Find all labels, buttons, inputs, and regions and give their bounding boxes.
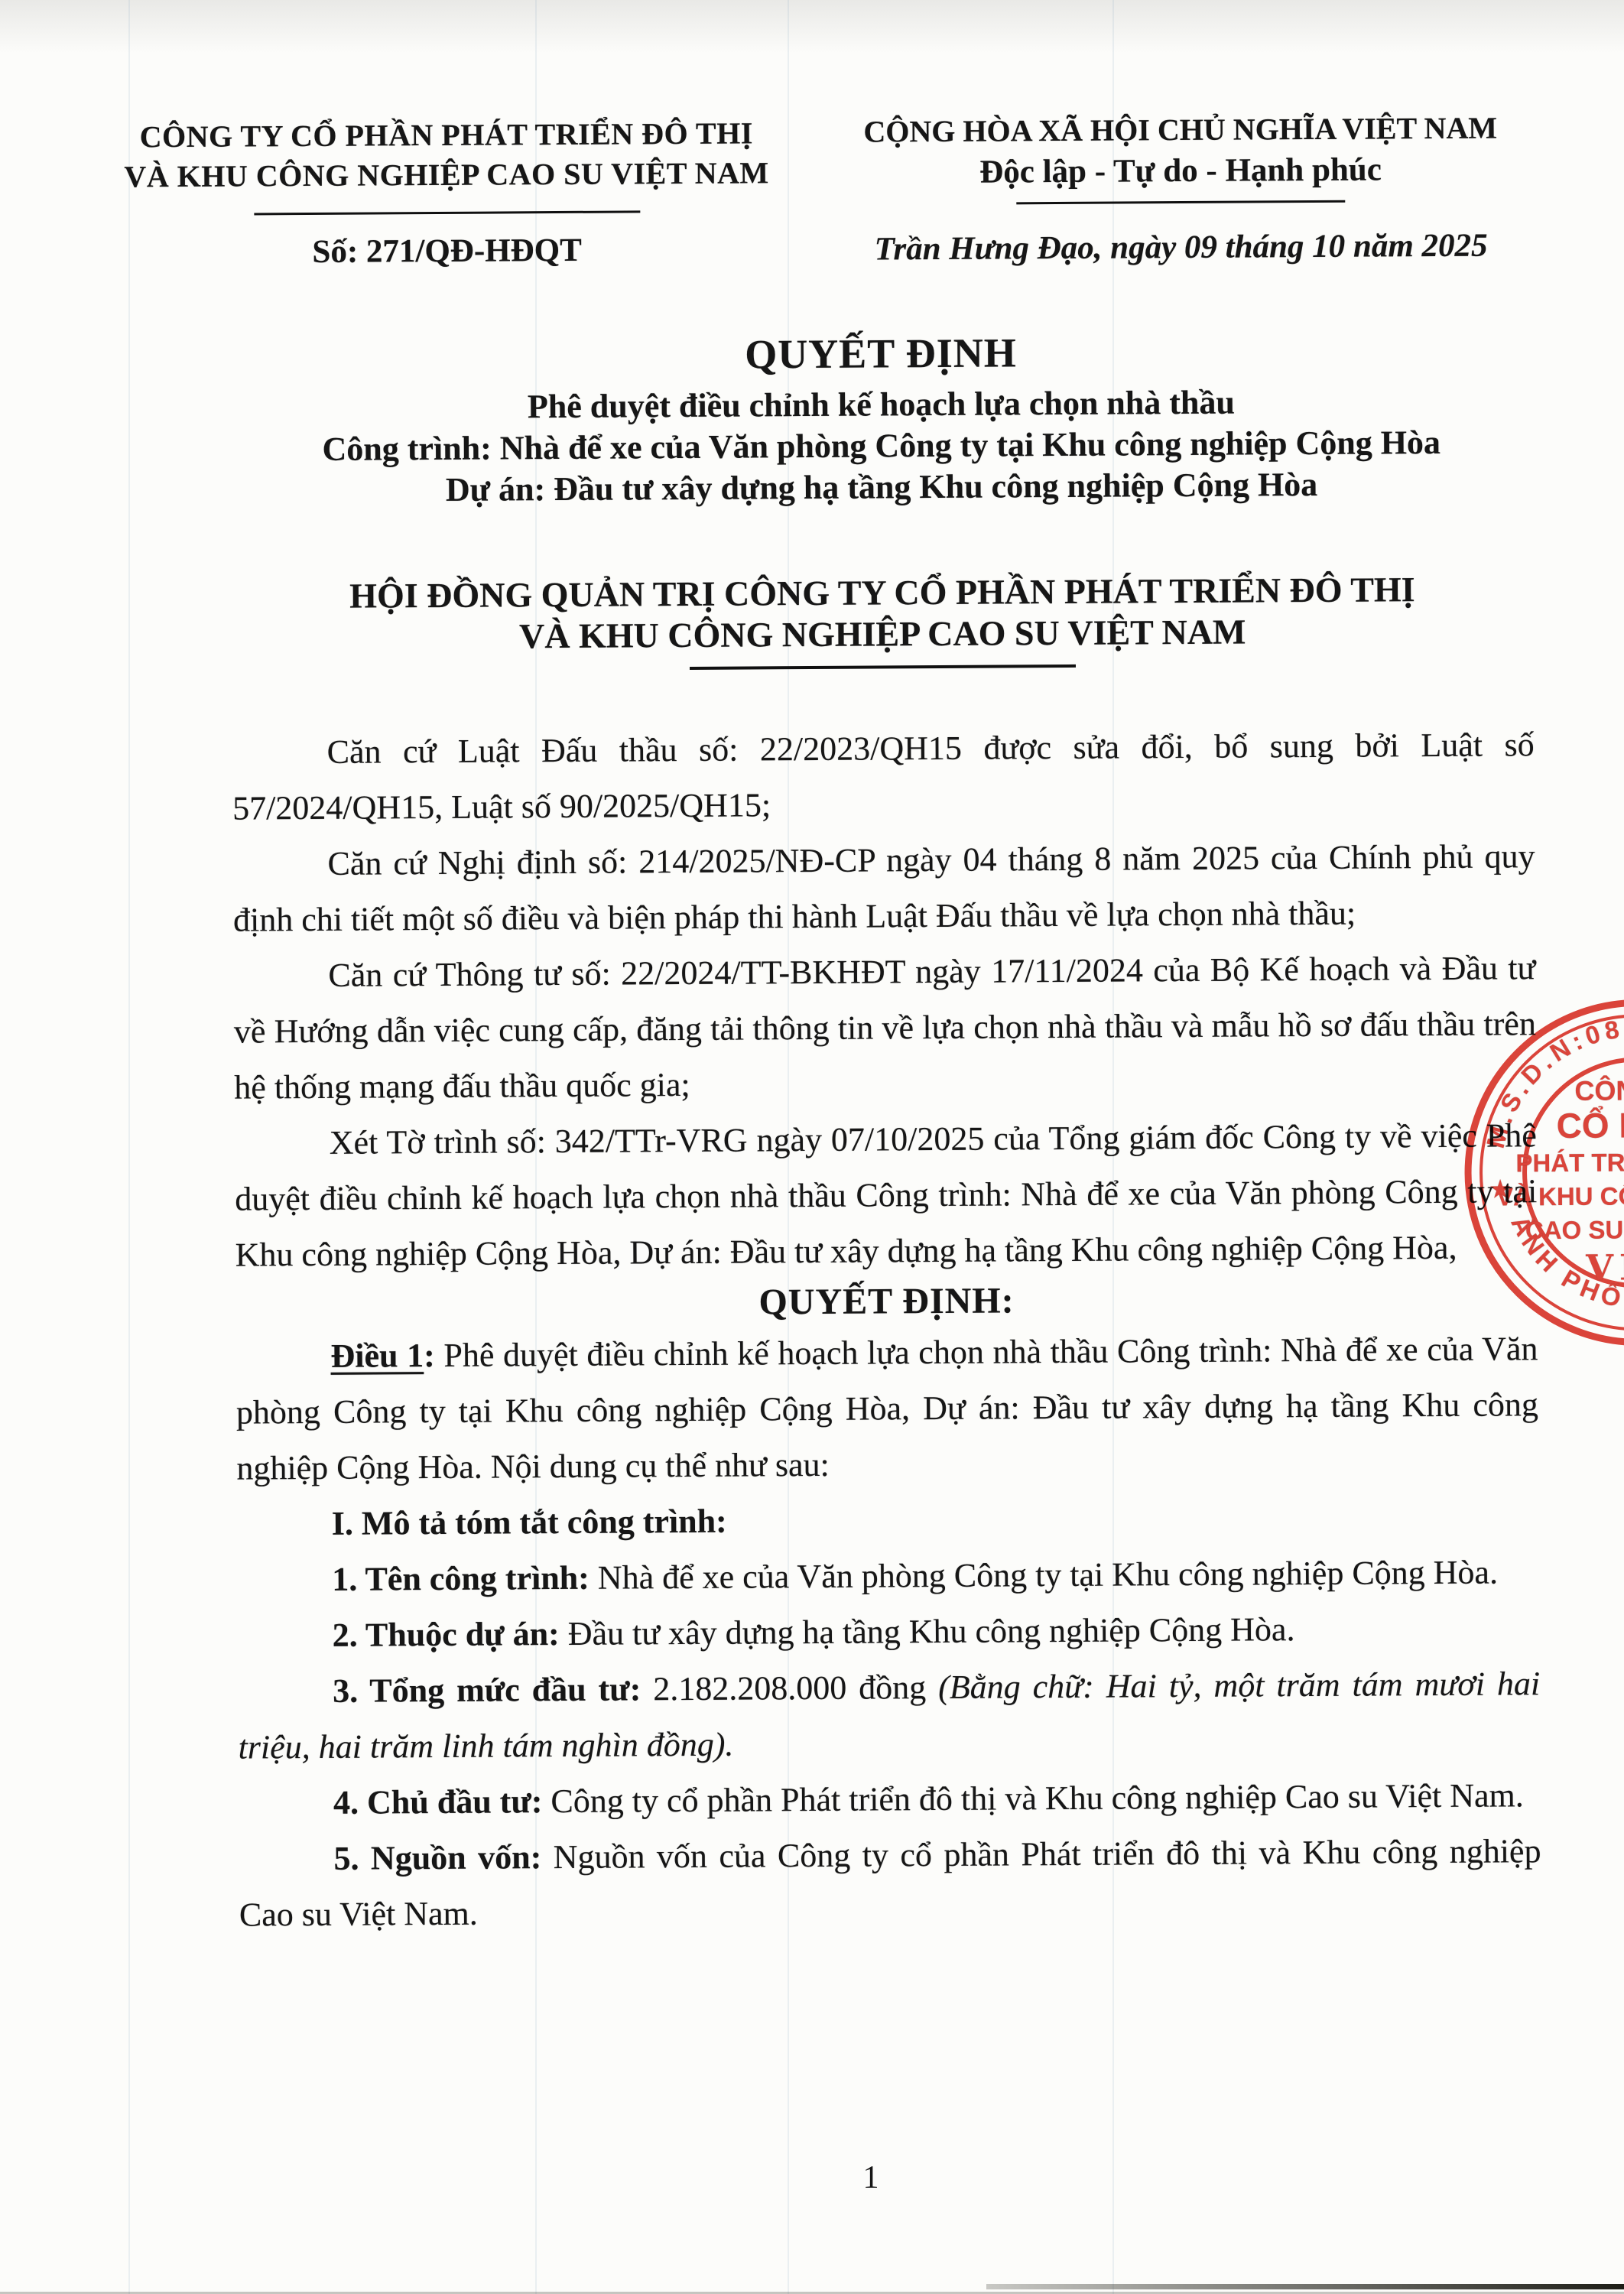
text-run: 3. Tổng mức đầu tư: [333,1670,641,1709]
text-run: Đầu tư xây dựng hạ tầng Khu công nghiệp … [560,1610,1295,1652]
title-subline-3: Dự án: Đầu tư xây dựng hạ tầng Khu công … [230,463,1532,512]
article-1: Điều 1: Phê duyệt điều chỉnh kế hoạch lự… [235,1321,1538,1496]
item-1: 1. Tên công trình: Nhà để xe của Văn phò… [237,1544,1539,1607]
document-number: Số: 271/QĐ-HĐQT [111,230,784,272]
citation-circular: Căn cứ Thông tư số: 22/2024/TT-BKHĐT ngà… [233,940,1536,1115]
document-content: CÔNG TY CỔ PHẦN PHÁT TRIỂN ĐÔ THỊ VÀ KHU… [0,0,1624,2294]
item-4: 4. Chủ đầu tư: Công ty cổ phần Phát triể… [239,1767,1541,1831]
document-body: Căn cứ Luật Đấu thầu số: 22/2023/QH15 đư… [0,716,1624,1945]
text-run: Công ty cổ phần Phát triển đô thị và Khu… [542,1776,1524,1820]
text-run: Nhà để xe của Văn phòng Công ty tại Khu … [590,1554,1498,1597]
text-run: 2. Thuộc dự án: [333,1615,560,1654]
citation-law: Căn cứ Luật Đấu thầu số: 22/2023/QH15 đư… [232,716,1535,836]
item-5: 5. Nguồn vốn: Nguồn vốn của Công ty cổ p… [239,1823,1541,1942]
item-3: 3. Tổng mức đầu tư: 2.182.208.000 đồng (… [238,1656,1541,1775]
text-run: 4. Chủ đầu tư: [333,1782,543,1821]
text-run: I. Mô tả tóm tắt công trình: [332,1503,727,1542]
motto-underline [1016,200,1345,205]
seal-text-line: VRG [1585,1246,1624,1288]
scan-edge-line [986,2284,1624,2289]
document-header: CÔNG TY CỔ PHẦN PHÁT TRIỂN ĐÔ THỊ VÀ KHU… [0,0,1620,275]
seal-text-line: CÔNG TY [1574,1074,1624,1106]
title-subline-2: Công trình: Nhà để xe của Văn phòng Công… [230,421,1532,470]
scanned-document-page: CÔNG TY CỔ PHẦN PHÁT TRIỂN ĐÔ THỊ VÀ KHU… [0,0,1624,2294]
issuing-org-block: CÔNG TY CỔ PHẦN PHÁT TRIỂN ĐÔ THỊ VÀ KHU… [110,113,784,274]
text-run: : [424,1337,444,1374]
national-title: CỘNG HÒA XÃ HỘI CHỦ NGHĨA VIỆT NAM [821,109,1540,151]
text-run: 2.182.208.000 đồng [641,1669,938,1708]
seal-text-line: PHÁT TRIỂN ĐÔ THỊ [1515,1146,1624,1177]
text-run: Căn cứ Nghị định số: 214/2025/NĐ-CP ngày… [233,837,1535,938]
section-1-heading: I. Mô tả tóm tắt công trình: [237,1488,1539,1552]
text-run: QUYẾT ĐỊNH: [758,1280,1014,1322]
seal-star-icon: ★ [1489,1174,1512,1204]
citation-proposal: Xét Tờ trình số: 342/TTr-VRG ngày 07/10/… [235,1107,1538,1282]
authority-line2: VÀ KHU CÔNG NGHIỆP CAO SU VIỆT NAM [232,609,1534,658]
org-underline [254,210,640,215]
national-motto: Độc lập - Tự do - Hạnh phúc [821,148,1540,194]
item-2: 2. Thuộc dự án: Đầu tư xây dựng hạ tầng … [237,1600,1539,1663]
national-motto-block: CỘNG HÒA XÃ HỘI CHỦ NGHĨA VIỆT NAM Độc l… [821,109,1541,270]
citation-decree: Căn cứ Nghị định số: 214/2025/NĐ-CP ngày… [232,828,1535,947]
authority-underline [690,664,1076,670]
authority-heading: HỘI ĐỒNG QUẢN TRỊ CÔNG TY CỔ PHẦN PHÁT T… [231,568,1534,658]
red-company-seal: M.S.D.N:080030THÀNH PHỐ HỒ CHÍ MINHCÔNG … [1457,992,1624,1353]
page-number: 1 [833,2159,909,2196]
org-name-line1: CÔNG TY CỔ PHẦN PHÁT TRIỂN ĐÔ THỊ [110,113,783,157]
document-title: QUYẾT ĐỊNH [229,327,1531,380]
text-run: 1. Tên công trình: [332,1559,590,1598]
text-run: Căn cứ Luật Đấu thầu số: 22/2023/QH15 đư… [232,726,1535,827]
seal-text-line: VÀ KHU CÔNG NGHIỆP [1496,1180,1624,1210]
org-name-line2: VÀ KHU CÔNG NGHIỆP CAO SU VIỆT NAM [110,153,783,197]
decision-heading: QUYẾT ĐỊNH: [235,1275,1538,1328]
seal-text-line: CAO SU VIỆT NAM [1525,1215,1624,1245]
text-run: Xét Tờ trình số: 342/TTr-VRG ngày 07/10/… [235,1116,1537,1273]
authority-line1: HỘI ĐỒNG QUẢN TRỊ CÔNG TY CỔ PHẦN PHÁT T… [231,568,1533,617]
seal-text-line: CỔ PHẦN [1556,1105,1624,1145]
text-run: Căn cứ Thông tư số: 22/2024/TT-BKHĐT ngà… [234,949,1536,1106]
text-run: Điều 1 [330,1337,424,1375]
text-run: 5. Nguồn vốn: [333,1838,541,1877]
place-and-date: Trần Hưng Đạo, ngày 09 tháng 10 năm 2025 [822,226,1541,270]
title-block: QUYẾT ĐỊNH Phê duyệt điều chỉnh kế hoạch… [0,327,1622,674]
